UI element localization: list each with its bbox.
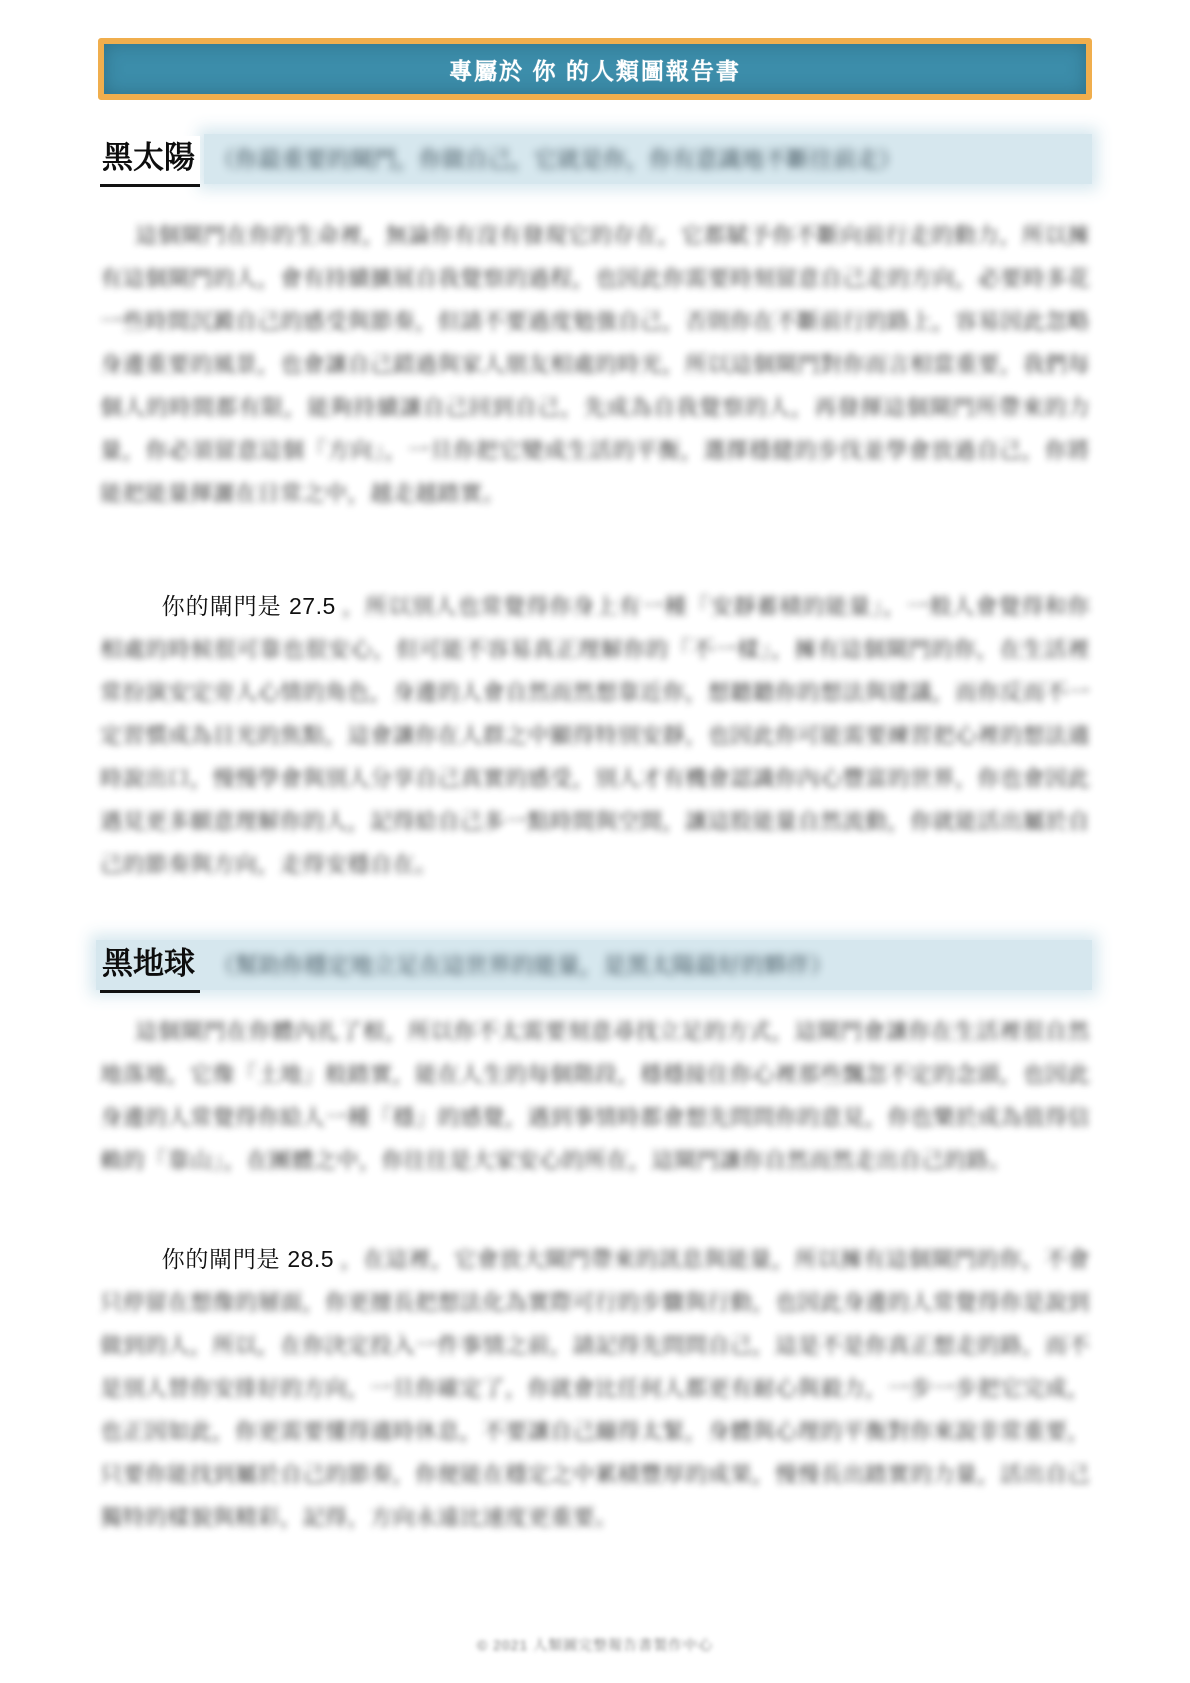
banner-title: 專屬於 你 的人類圖報告書: [449, 53, 741, 86]
section-heading-inner: 黑地球 （幫助你穩定地立足在這世界的能量，是黑太陽最好的夥伴）: [100, 942, 1090, 993]
report-banner: 專屬於 你 的人類圖報告書: [98, 38, 1092, 100]
gate-paragraph: 你的閘門是 27.5，所以別人也常覺得你身上有一種「安靜蓄積的能量」，一般人會覺…: [100, 585, 1090, 886]
section-title: 黑地球: [100, 942, 200, 993]
section-title: 黑太陽: [100, 136, 200, 187]
section-heading-inner: 黑太陽 （你最重要的閘門，你做自己，它就是你，你有意識地不斷往前走）: [100, 136, 1090, 187]
section-black-sun: 黑太陽 （你最重要的閘門，你做自己，它就是你，你有意識地不斷往前走） 這個閘門在…: [100, 136, 1090, 886]
body-paragraph-blurred: 這個閘門在你體內扎了根，所以你不太需要刻意尋找立足的方式，這閘門會讓你在生活裡很…: [100, 1010, 1090, 1182]
gate-number-text: 你的閘門是 27.5: [162, 593, 342, 619]
blurred-text: 這個閘門在你的生命裡，無論你有沒有發現它的存在，它都賦予你不斷向前行走的動力，所…: [100, 223, 1090, 506]
report-content: 黑太陽 （你最重要的閘門，你做自己，它就是你，你有意識地不斷往前走） 這個閘門在…: [0, 136, 1190, 1539]
body-paragraph-blurred: 這個閘門在你的生命裡，無論你有沒有發現它的存在，它都賦予你不斷向前行走的動力，所…: [100, 214, 1090, 515]
footer-text-blurred: © 2021 人類圖完整報告書製作中心: [477, 1637, 713, 1653]
blurred-text: ，所以別人也常覺得你身上有一種「安靜蓄積的能量」，一般人會覺得和你相處的時候很可…: [100, 594, 1090, 877]
section-heading-row: 黑地球 （幫助你穩定地立足在這世界的能量，是黑太陽最好的夥伴）: [100, 942, 1090, 994]
gate-number-text: 你的閘門是 28.5: [162, 1246, 341, 1272]
page-footer: © 2021 人類圖完整報告書製作中心: [0, 1635, 1190, 1655]
section-heading-row: 黑太陽 （你最重要的閘門，你做自己，它就是你，你有意識地不斷往前走）: [100, 136, 1090, 188]
blurred-text: 這個閘門在你體內扎了根，所以你不太需要刻意尋找立足的方式，這閘門會讓你在生活裡很…: [100, 1019, 1090, 1173]
blurred-text: ，在這裡，它會放大閘門帶來的訊息與能量，所以擁有這個閘門的你，不會只停留在想像的…: [100, 1247, 1090, 1530]
section-black-earth: 黑地球 （幫助你穩定地立足在這世界的能量，是黑太陽最好的夥伴） 這個閘門在你體內…: [100, 942, 1090, 1539]
section-subtitle-blurred: （幫助你穩定地立足在這世界的能量，是黑太陽最好的夥伴）: [212, 942, 833, 988]
gate-paragraph: 你的閘門是 28.5，在這裡，它會放大閘門帶來的訊息與能量，所以擁有這個閘門的你…: [100, 1238, 1090, 1539]
section-subtitle-blurred: （你最重要的閘門，你做自己，它就是你，你有意識地不斷往前走）: [212, 136, 902, 182]
